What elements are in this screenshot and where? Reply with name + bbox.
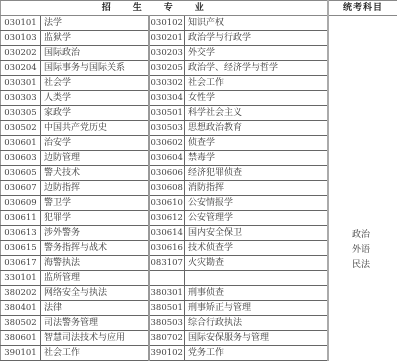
major-name: 法律 — [41, 301, 149, 316]
major-name: 刑事矫正与管理 — [185, 301, 328, 316]
exam-cell — [328, 181, 397, 196]
major-code: 030103 — [1, 31, 41, 46]
major-code: 030611 — [1, 211, 41, 226]
table-row: 030502中国共产党历史030503思想政治教育 — [1, 121, 397, 136]
exam-cell — [328, 106, 397, 121]
major-code: 030203 — [149, 46, 185, 61]
major-code: 030613 — [1, 226, 41, 241]
exam-cell — [328, 91, 397, 106]
major-name: 经济犯罪侦查 — [185, 166, 328, 181]
major-code — [149, 271, 185, 286]
exam-cell — [328, 31, 397, 46]
major-name: 司法警务管理 — [41, 316, 149, 331]
major-name: 监狱学 — [41, 31, 149, 46]
table-row: 030101法学030102知识产权 — [1, 16, 397, 31]
major-code: 330101 — [1, 271, 41, 286]
major-code: 030305 — [1, 106, 41, 121]
major-name: 政治学、经济学与哲学 — [185, 61, 328, 76]
table-row: 380502司法警务管理380503综合行政执法 — [1, 316, 397, 331]
major-name: 社会学 — [41, 76, 149, 91]
major-code: 030205 — [149, 61, 185, 76]
exam-cell — [328, 61, 397, 76]
major-code: 030101 — [1, 16, 41, 31]
major-code: 030606 — [149, 166, 185, 181]
major-code: 380202 — [1, 286, 41, 301]
exam-cell — [328, 316, 397, 331]
major-name: 社会工作 — [185, 76, 328, 91]
major-name: 犯罪学 — [41, 211, 149, 226]
exam-cell — [328, 76, 397, 91]
major-code: 030304 — [149, 91, 185, 106]
major-code: 030502 — [1, 121, 41, 136]
majors-header: 招生专业 — [1, 1, 328, 16]
major-name: 边防指挥 — [41, 181, 149, 196]
exam-cell — [328, 196, 397, 211]
major-name: 国际政治 — [41, 46, 149, 61]
table-row: 030615警务指挥与战术030616技术侦查学 — [1, 241, 397, 256]
exam-subject: 外语 — [352, 243, 370, 258]
table-row: 030204国际事务与国际关系030205政治学、经济学与哲学 — [1, 61, 397, 76]
major-name: 女性学 — [185, 91, 328, 106]
exam-cell — [328, 166, 397, 181]
major-name: 火灾勘查 — [185, 256, 328, 271]
major-code: 390101 — [1, 346, 41, 361]
exam-cell — [328, 346, 397, 361]
major-code: 380301 — [149, 286, 185, 301]
header-row: 招生专业 统考科目 — [1, 1, 397, 16]
major-name: 治安学 — [41, 136, 149, 151]
exam-cell — [328, 331, 397, 346]
exam-subject: 民法 — [352, 258, 370, 273]
major-name: 思想政治教育 — [185, 121, 328, 136]
major-code: 380501 — [149, 301, 185, 316]
major-name: 人类学 — [41, 91, 149, 106]
major-name: 警犬技术 — [41, 166, 149, 181]
major-name: 智慧司法技术与应用 — [41, 331, 149, 346]
exam-cell — [328, 121, 397, 136]
table-row: 030601治安学030602侦查学 — [1, 136, 397, 151]
major-name: 国内安全保卫 — [185, 226, 328, 241]
table-row: 030613涉外警务030614国内安全保卫 — [1, 226, 397, 241]
table-row: 380401法律380501刑事矫正与管理 — [1, 301, 397, 316]
major-name: 法学 — [41, 16, 149, 31]
major-code: 380702 — [149, 331, 185, 346]
major-name: 网络安全与执法 — [41, 286, 149, 301]
major-code: 030609 — [1, 196, 41, 211]
exam-subjects-list: 政治 外语 民法 — [352, 228, 370, 273]
table-row: 030305家政学030501科学社会主义 — [1, 106, 397, 121]
major-code: 030503 — [149, 121, 185, 136]
table-row: 030607边防指挥030608消防指挥 — [1, 181, 397, 196]
exam-cell — [328, 151, 397, 166]
major-name: 技术侦查学 — [185, 241, 328, 256]
table-row: 030609警卫学030610公安情报学 — [1, 196, 397, 211]
major-code: 380502 — [1, 316, 41, 331]
major-name: 消防指挥 — [185, 181, 328, 196]
major-code: 030610 — [149, 196, 185, 211]
major-code: 030608 — [149, 181, 185, 196]
major-code: 030202 — [1, 46, 41, 61]
major-code: 030607 — [1, 181, 41, 196]
major-name: 党务工作 — [185, 346, 328, 361]
major-code: 030604 — [149, 151, 185, 166]
exam-subjects-header: 统考科目 — [328, 1, 397, 16]
table-row: 030202国际政治030203外交学 — [1, 46, 397, 61]
major-name: 公安管理学 — [185, 211, 328, 226]
major-name: 边防管理 — [41, 151, 149, 166]
major-name: 海警执法 — [41, 256, 149, 271]
major-code: 030616 — [149, 241, 185, 256]
major-code: 030601 — [1, 136, 41, 151]
table-row: 380601智慧司法技术与应用380702国际安保服务与管理 — [1, 331, 397, 346]
major-name: 侦查学 — [185, 136, 328, 151]
table-row: 030605警犬技术030606经济犯罪侦查 — [1, 166, 397, 181]
major-code: 030615 — [1, 241, 41, 256]
major-code: 380401 — [1, 301, 41, 316]
major-name: 警卫学 — [41, 196, 149, 211]
majors-table: 招生专业 统考科目 030101法学030102知识产权030103监狱学030… — [0, 0, 397, 361]
major-name: 社会工作 — [41, 346, 149, 361]
major-code: 030605 — [1, 166, 41, 181]
major-name: 家政学 — [41, 106, 149, 121]
major-name: 知识产权 — [185, 16, 328, 31]
major-code: 390102 — [149, 346, 185, 361]
major-code: 030501 — [149, 106, 185, 121]
table-row: 380202网络安全与执法380301刑事侦查 — [1, 286, 397, 301]
major-code: 030204 — [1, 61, 41, 76]
major-name: 刑事侦查 — [185, 286, 328, 301]
major-code: 030614 — [149, 226, 185, 241]
major-name: 国际事务与国际关系 — [41, 61, 149, 76]
table-row: 390101社会工作390102党务工作 — [1, 346, 397, 361]
major-name: 监所管理 — [41, 271, 149, 286]
major-code: 380503 — [149, 316, 185, 331]
major-name: 警务指挥与战术 — [41, 241, 149, 256]
table-row: 030301社会学030302社会工作 — [1, 76, 397, 91]
major-code: 380601 — [1, 331, 41, 346]
major-name — [185, 271, 328, 286]
major-code: 030603 — [1, 151, 41, 166]
exam-cell — [328, 301, 397, 316]
exam-cell — [328, 136, 397, 151]
major-name: 外交学 — [185, 46, 328, 61]
table-row: 030603边防管理030604禁毒学 — [1, 151, 397, 166]
major-code: 030201 — [149, 31, 185, 46]
table-row: 030611犯罪学030612公安管理学 — [1, 211, 397, 226]
major-code: 030602 — [149, 136, 185, 151]
major-name: 综合行政执法 — [185, 316, 328, 331]
exam-cell — [328, 286, 397, 301]
major-code: 030612 — [149, 211, 185, 226]
major-name: 涉外警务 — [41, 226, 149, 241]
major-name: 中国共产党历史 — [41, 121, 149, 136]
table-row: 330101监所管理 — [1, 271, 397, 286]
major-name: 科学社会主义 — [185, 106, 328, 121]
table-row: 030303人类学030304女性学 — [1, 91, 397, 106]
major-name: 政治学与行政学 — [185, 31, 328, 46]
table-row: 030617海警执法083107火灾勘查 — [1, 256, 397, 271]
major-code: 030302 — [149, 76, 185, 91]
major-name: 公安情报学 — [185, 196, 328, 211]
exam-cell — [328, 46, 397, 61]
major-code: 030303 — [1, 91, 41, 106]
major-name: 国际安保服务与管理 — [185, 331, 328, 346]
major-code: 030301 — [1, 76, 41, 91]
exam-subject: 政治 — [352, 228, 370, 243]
major-code: 030617 — [1, 256, 41, 271]
major-code: 030102 — [149, 16, 185, 31]
major-code: 083107 — [149, 256, 185, 271]
table-row: 030103监狱学030201政治学与行政学 — [1, 31, 397, 46]
exam-cell — [328, 211, 397, 226]
major-name: 禁毒学 — [185, 151, 328, 166]
exam-cell — [328, 16, 397, 31]
